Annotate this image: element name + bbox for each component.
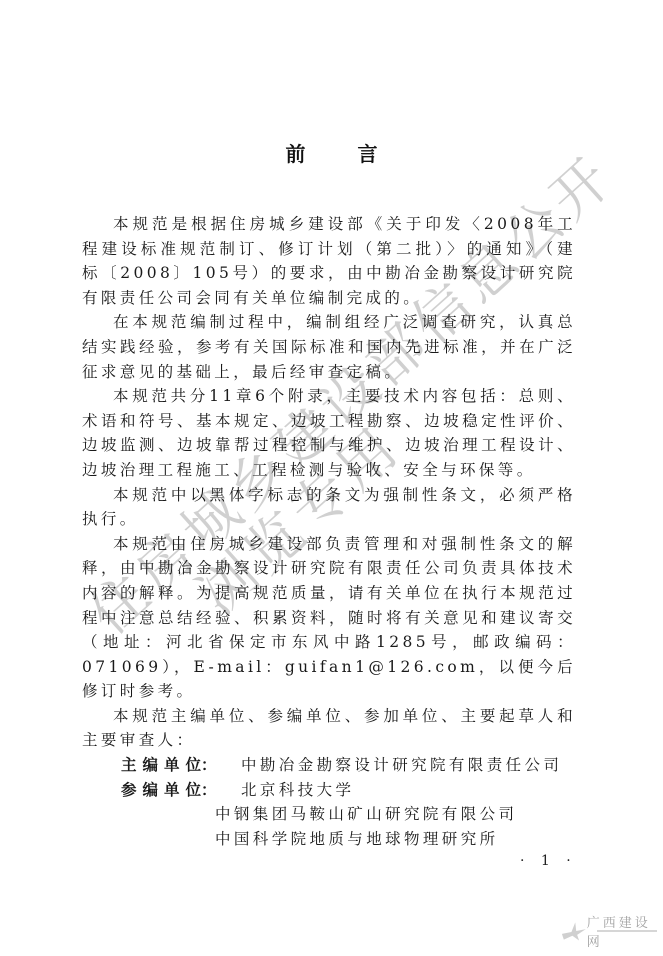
- logo-subtitle-line: [597, 930, 657, 932]
- document-body: 本规范是根据住房城乡建设部《关于印发〈2008年工程建设标准规范制订、修订计划（…: [82, 212, 576, 851]
- chief-unit-label: 主编单位：: [121, 753, 241, 778]
- page-title: 前言: [0, 138, 663, 167]
- participating-unit-value: 中国科学院地质与地球物理研究所: [82, 827, 576, 852]
- participating-unit-label: 参编单位：: [121, 778, 241, 803]
- participating-unit-row: 参编单位： 北京科技大学: [82, 778, 576, 803]
- paragraph-management: 本规范由住房城乡建设部负责管理和对强制性条文的解释，由中勘冶金勘察设计研究院有限…: [82, 532, 576, 704]
- paragraph-units-intro: 本规范主编单位、参编单位、参加单位、主要起草人和主要审查人：: [82, 704, 576, 753]
- participating-unit-value: 北京科技大学: [241, 778, 354, 803]
- document-page: 住房城乡建设部信息公开 浏览专用 前言 本规范是根据住房城乡建设部《关于印发〈2…: [0, 0, 663, 956]
- paragraph-process: 在本规范编制过程中，编制组经广泛调查研究，认真总结实践经验，参考有关国际标准和国…: [82, 310, 576, 384]
- page-number: · 1 ·: [520, 853, 577, 869]
- star-logo-icon: [560, 920, 587, 942]
- participating-unit-value: 中钢集团马鞍山矿山研究院有限公司: [82, 802, 576, 827]
- paragraph-content: 本规范共分11章6个附录，主要技术内容包括：总则、术语和符号、基本规定、边坡工程…: [82, 384, 576, 482]
- chief-unit-value: 中勘冶金勘察设计研究院有限责任公司: [241, 753, 562, 778]
- paragraph-mandatory: 本规范中以黑体字标志的条文为强制性条文，必须严格执行。: [82, 483, 576, 532]
- paragraph-basis: 本规范是根据住房城乡建设部《关于印发〈2008年工程建设标准规范制订、修订计划（…: [82, 212, 576, 310]
- chief-unit-row: 主编单位： 中勘冶金勘察设计研究院有限责任公司: [82, 753, 576, 778]
